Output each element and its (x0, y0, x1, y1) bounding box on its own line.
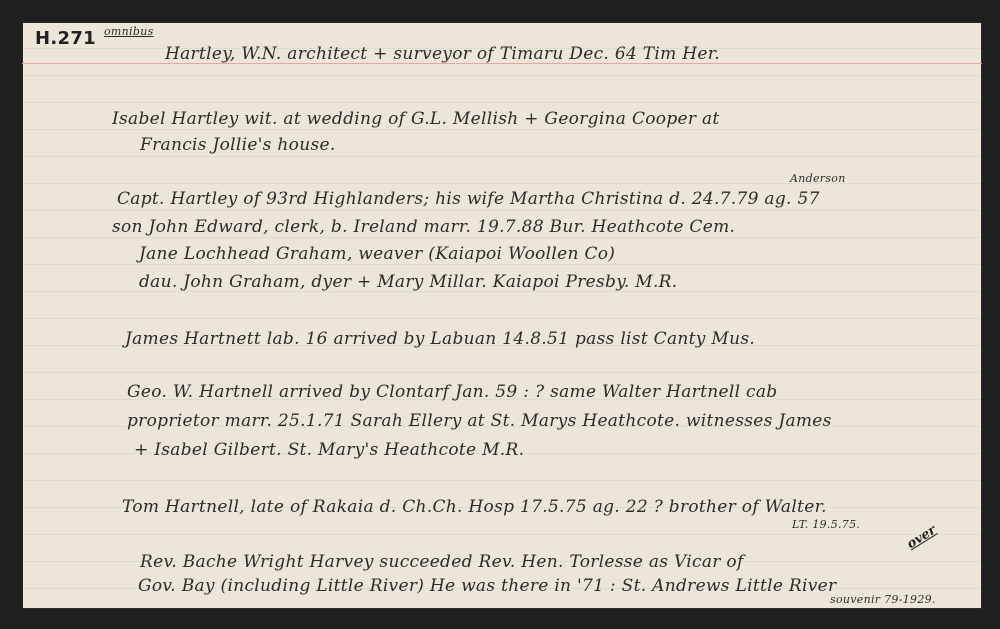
card-reference: H.271 (35, 28, 96, 49)
entry-line: + Isabel Gilbert. St. Mary's Heathcote M… (134, 440, 524, 460)
entry-note: souvenir 79-1929. (830, 593, 936, 606)
entry-line: Francis Jollie's house. (140, 135, 336, 155)
entry-note: LT. 19.5.75. (792, 518, 860, 531)
entry-line: dau. John Graham, dyer + Mary Millar. Ka… (139, 272, 677, 292)
entry-line: Isabel Hartley wit. at wedding of G.L. M… (112, 109, 720, 129)
card-heading: Hartley, W.N. architect + surveyor of Ti… (165, 44, 720, 64)
entry-line: son John Edward, clerk, b. Ireland marr.… (112, 217, 735, 237)
card-tag: omnibus (104, 25, 154, 38)
entry-line: Tom Hartnell, late of Rakaia d. Ch.Ch. H… (122, 497, 827, 517)
entry-superscript: Anderson (790, 172, 846, 185)
over-annotation: over (904, 523, 939, 552)
entry-line: James Hartnett lab. 16 arrived by Labuan… (125, 329, 755, 349)
entry-line: Jane Lochhead Graham, weaver (Kaiapoi Wo… (139, 244, 615, 264)
entry-line: Gov. Bay (including Little River) He was… (138, 576, 836, 596)
entry-line: Geo. W. Hartnell arrived by Clontarf Jan… (127, 382, 777, 402)
entry-line: proprietor marr. 25.1.71 Sarah Ellery at… (127, 411, 832, 431)
entry-line: Rev. Bache Wright Harvey succeeded Rev. … (140, 552, 744, 572)
entry-line: Capt. Hartley of 93rd Highlanders; his w… (117, 189, 820, 209)
index-card: H.271 omnibus Hartley, W.N. architect + … (22, 22, 982, 609)
